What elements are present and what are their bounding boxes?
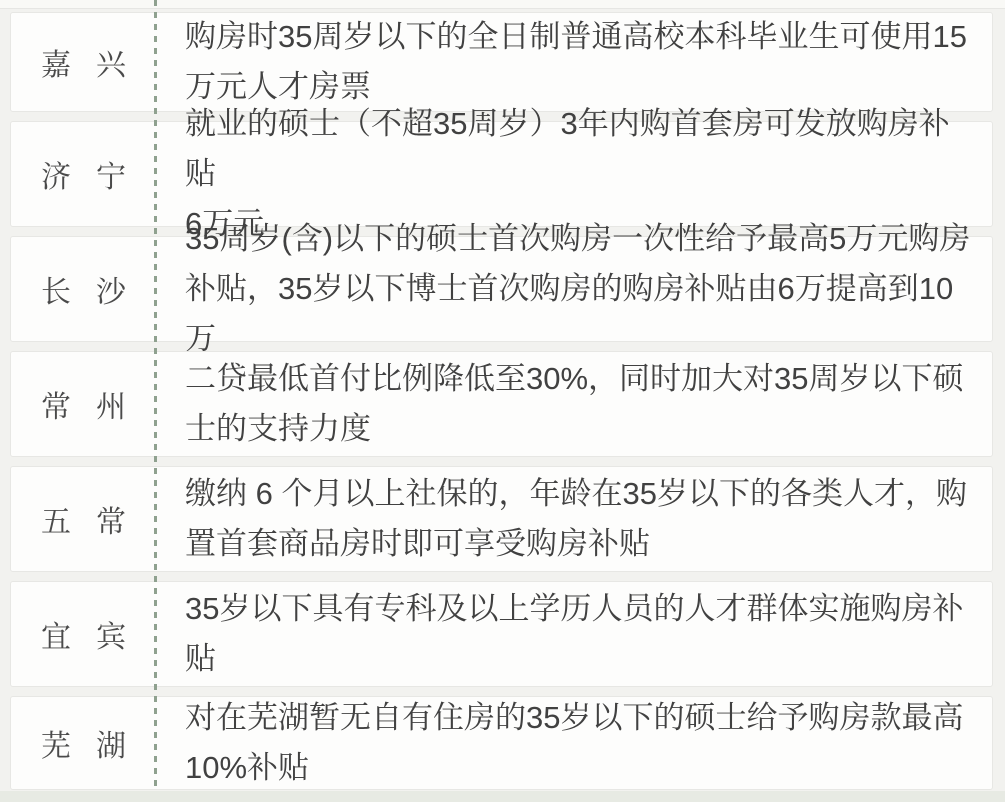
- policy-description: 缴纳 6 个月以上社保的，年龄在35岁以下的各类人才，购 置首套商品房时即可享受…: [156, 467, 992, 571]
- table-row: 芜湖 对在芜湖暂无自有住房的35岁以下的硕士给予购房款最高 10%补贴: [10, 696, 993, 790]
- policy-description: 35周岁(含)以下的硕士首次购房一次性给予最高5万元购房 补贴，35岁以下博士首…: [156, 237, 992, 341]
- policy-description: 二贷最低首付比例降低至30%，同时加大对35周岁以下硕 士的支持力度: [156, 352, 992, 456]
- policy-description: 就业的硕士（不超35周岁）3年内购首套房可发放购房补贴 6万元: [156, 122, 992, 226]
- city-name: 嘉兴: [11, 13, 156, 111]
- city-name: 芜湖: [11, 697, 156, 789]
- policy-description: 购房时35周岁以下的全日制普通高校本科毕业生可使用15 万元人才房票: [156, 13, 992, 111]
- table-row: 五常 缴纳 6 个月以上社保的，年龄在35岁以下的各类人才，购 置首套商品房时即…: [10, 466, 993, 572]
- policy-table: 嘉兴 购房时35周岁以下的全日制普通高校本科毕业生可使用15 万元人才房票 济宁…: [10, 12, 993, 790]
- table-row: 嘉兴 购房时35周岁以下的全日制普通高校本科毕业生可使用15 万元人才房票: [10, 12, 993, 112]
- city-name: 长沙: [11, 237, 156, 341]
- dashed-column-divider: [154, 0, 157, 790]
- city-name: 宜宾: [11, 582, 156, 686]
- table-row: 长沙 35周岁(含)以下的硕士首次购房一次性给予最高5万元购房 补贴，35岁以下…: [10, 236, 993, 342]
- city-name: 五常: [11, 467, 156, 571]
- table-row: 宜宾 35岁以下具有专科及以上学历人员的人才群体实施购房补贴: [10, 581, 993, 687]
- policy-description: 对在芜湖暂无自有住房的35岁以下的硕士给予购房款最高 10%补贴: [156, 697, 992, 789]
- cropped-row-bottom-strip: [0, 791, 1005, 802]
- table-row: 济宁 就业的硕士（不超35周岁）3年内购首套房可发放购房补贴 6万元: [10, 121, 993, 227]
- city-name: 济宁: [11, 122, 156, 226]
- policy-description: 35岁以下具有专科及以上学历人员的人才群体实施购房补贴: [156, 582, 992, 686]
- city-name: 常州: [11, 352, 156, 456]
- cropped-row-top-strip: [0, 0, 1005, 9]
- table-row: 常州 二贷最低首付比例降低至30%，同时加大对35周岁以下硕 士的支持力度: [10, 351, 993, 457]
